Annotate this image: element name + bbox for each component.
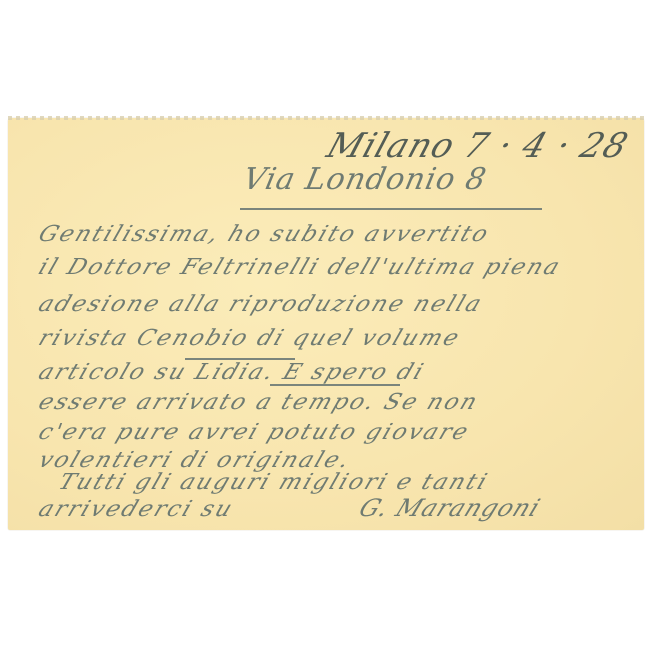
place-date: Milano 7 · 4 · 28 — [322, 126, 633, 166]
body-line-10: arrivederci su — [35, 497, 237, 522]
body-line-9: Tutti gli auguri migliori e tanti — [55, 470, 492, 495]
body-line-7: c'era pure avrei potuto giovare — [35, 420, 473, 445]
body-line-6: essere arrivato a tempo. Se non — [35, 390, 482, 415]
body-line-1: Gentilissima, ho subito avvertito — [35, 222, 493, 247]
body-line-5: articolo su Lidia. E spero di — [35, 360, 428, 385]
body-line-3: adesione alla riproduzione nella — [35, 292, 487, 317]
perforated-edge — [8, 116, 644, 120]
body-line-4: rivista Cenobio di quel volume — [35, 326, 464, 351]
signature: G. Marangoni — [355, 494, 545, 522]
address-underline — [240, 208, 542, 210]
address: Via Londonio 8 — [240, 162, 490, 197]
body-line-2: il Dottore Feltrinelli dell'ultima piena — [35, 255, 565, 280]
lidia-underline — [270, 384, 400, 386]
